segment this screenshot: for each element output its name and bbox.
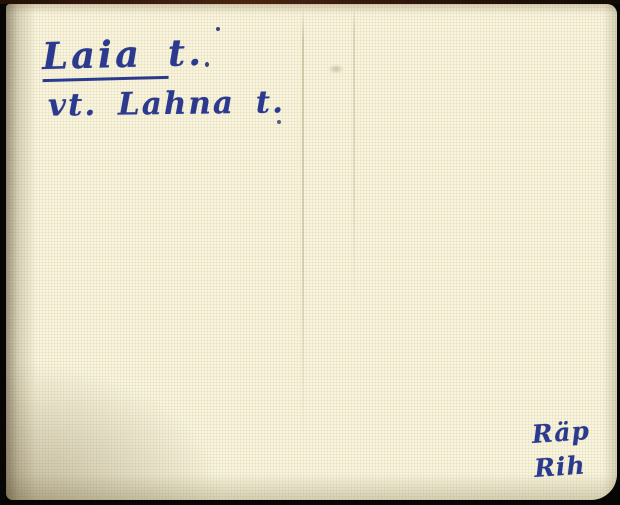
card-shadow-right — [603, 4, 617, 500]
title-underlined-text: Laia — [41, 31, 168, 82]
card-shadow-corner — [6, 360, 226, 500]
corner-note-line1: Räp — [531, 414, 591, 452]
handwritten-reference-line: vt. Lahna t. — [48, 84, 285, 123]
scanned-card-image: Laiat. vt. Lahna t. Räp Rih — [0, 0, 620, 505]
ink-speck — [277, 120, 281, 124]
card-crease-line — [353, 6, 355, 306]
ink-speck — [205, 62, 209, 67]
handwritten-title: Laiat. — [41, 30, 204, 82]
corner-note-line2: Rih — [533, 448, 593, 486]
ink-speck — [216, 27, 220, 31]
paper-smudge — [328, 64, 344, 74]
card-surface: Laiat. vt. Lahna t. Räp Rih — [6, 4, 617, 500]
card-crease-line — [302, 8, 304, 438]
title-suffix-text: t. — [167, 30, 204, 75]
card-shadow-top — [6, 4, 617, 14]
corner-note: Räp Rih — [531, 414, 594, 486]
card-shadow-left — [6, 4, 36, 500]
card-shadow-bottom — [6, 474, 617, 500]
